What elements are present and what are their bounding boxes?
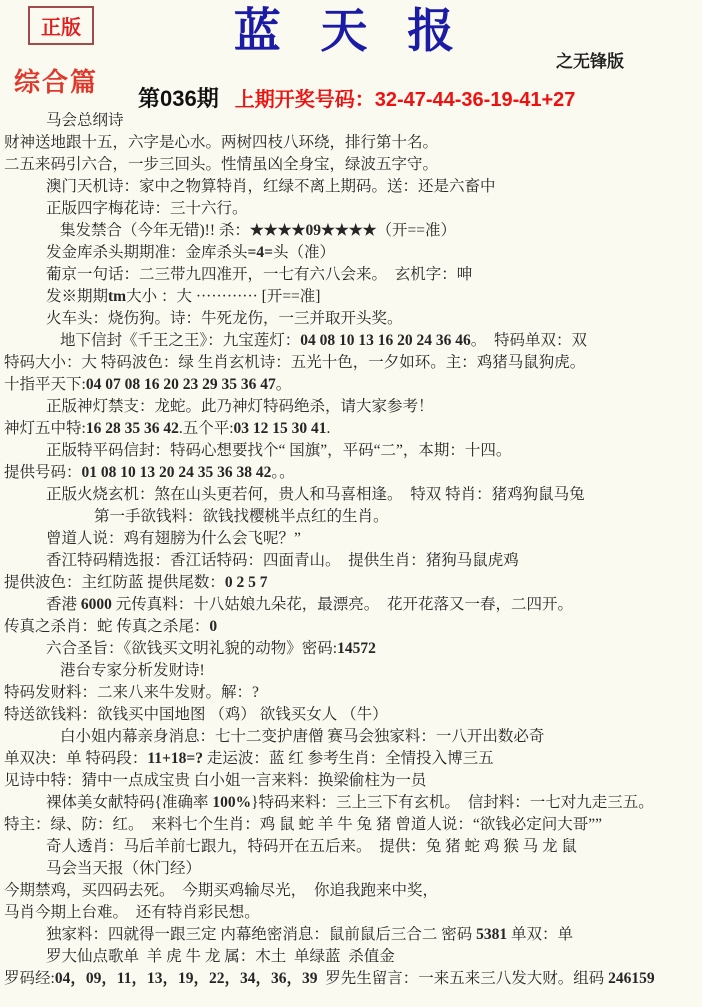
text-line: 罗码经:04，09，11，13，19，22，34，36，39 罗先生留言：一来五… [0, 968, 702, 990]
section-title: 综合篇 [14, 62, 98, 99]
text-line: 见诗中特：猜中一点成宝贵 白小姐一言来料：换梁偷柱为一员 [0, 770, 702, 792]
text-line: 地下信封《千王之王》：九宝莲灯：04 08 10 13 16 20 24 36 … [0, 330, 702, 352]
text-line: 特主：绿、防：红。 来料七个生肖：鸡 鼠 蛇 羊 牛 兔 猪 曾道人说：“欲钱必… [0, 814, 702, 836]
text-line: 二五来码引六合，一步三回头。性情虽凶全身宝，绿波五字守。 [0, 154, 702, 176]
body-lines: 马会总纲诗财神送地跟十五，六字是心水。两树四枝八环绕，排行第十名。二五来码引六合… [0, 110, 702, 990]
text-line: 正版四字梅花诗：三十六行。 [0, 198, 702, 220]
text-line: 特码发财料：二来八来牛发财。解：? [0, 682, 702, 704]
text-line: 发金库杀头期期准：金库杀头=4=头（准） [0, 242, 702, 264]
text-line: 独家料：四就得一跟三定 内幕绝密消息：鼠前鼠后三合二 密码 5381 单双：单 [0, 924, 702, 946]
text-line: 马肖今期上台难。 还有特肖彩民想。 [0, 902, 702, 924]
text-line: 提供波色：主红防蓝 提供尾数：0 2 5 7 [0, 572, 702, 594]
text-line: 正版火烧玄机：煞在山头更若何，贵人和马喜相逢。 特双 特肖：猪鸡狗鼠马兔 [0, 484, 702, 506]
text-line: 财神送地跟十五，六字是心水。两树四枝八环绕，排行第十名。 [0, 132, 702, 154]
text-line: 发※期期tm大小 ：大 ············ [开==准] [0, 286, 702, 308]
text-line: 特送欲钱料：欲钱买中国地图 （鸡） 欲钱买女人 （牛） [0, 704, 702, 726]
issue-row: 第036期 上期开奖号码：32-47-44-36-19-41+27 [138, 82, 575, 113]
text-line: 第一手欲钱料：欲钱找樱桃半点红的生肖。 [0, 506, 702, 528]
text-line: 罗大仙点歌单 羊 虎 牛 龙 属：木土 单绿蓝 杀值金 [0, 946, 702, 968]
text-line: 十指平天下:04 07 08 16 20 23 29 35 36 47。 [0, 374, 702, 396]
text-line: 六合圣旨：《欲钱买文明礼貌的动物》密码:14572 [0, 638, 702, 660]
text-line: 奇人透肖：马后羊前七跟九，特码开在五后来。 提供：兔 猪 蛇 鸡 猴 马 龙 鼠 [0, 836, 702, 858]
text-line: 火车头：烧伤狗。诗：牛死龙伤，一三并取开头奖。 [0, 308, 702, 330]
newspaper-page: 正版 蓝 天 报 之无锋版 综合篇 第036期 上期开奖号码：32-47-44-… [0, 0, 702, 1007]
text-line: 曾道人说：鸡有翅膀为什么会飞呢？” [0, 528, 702, 550]
issue-number: 第036期 [138, 82, 219, 113]
text-line: 单双决：单 特码段：11+18=? 走运波：蓝 红 参考生肖：全情投入博三五 [0, 748, 702, 770]
text-line: 传真之杀肖：蛇 传真之杀尾：0 [0, 616, 702, 638]
edition-label: 之无锋版 [556, 47, 624, 72]
last-draw-numbers: 上期开奖号码：32-47-44-36-19-41+27 [235, 83, 576, 112]
text-line: 集发禁合（今年无错)!! 杀：★★★★09★★★★（开==准） [0, 220, 702, 242]
text-line: 马会当天报（休门经） [0, 858, 702, 880]
text-line: 今期禁鸡，买四码去死。 今期买鸡输尽光， 你追我跑来中奖， [0, 880, 702, 902]
text-line: 马会总纲诗 [0, 110, 702, 132]
text-line: 提供号码：01 08 10 13 20 24 35 36 38 42。。 [0, 462, 702, 484]
text-line: 港台专家分析发财诗! [0, 660, 702, 682]
text-line: 裸体美女献特码{准确率 100%}特码来料：三上三下有玄机。 信封料：一七对九走… [0, 792, 702, 814]
text-line: 香江特码精选报：香江话特码：四面青山。 提供生肖：猪狗马鼠虎鸡 [0, 550, 702, 572]
text-line: 白小姐内幕亲身消息：七十二变护唐僧 赛马会独家料：一八开出数必奇 [0, 726, 702, 748]
text-line: 正版神灯禁支：龙蛇。此乃神灯特码绝杀，请大家参考！ [0, 396, 702, 418]
text-line: 特码大小：大 特码波色：绿 生肖玄机诗：五光十色，一夕如环。主：鸡猪马鼠狗虎。 [0, 352, 702, 374]
text-line: 葡京一句话：二三带九四准开，一七有六八会来。 玄机字：呻 [0, 264, 702, 286]
text-line: 澳门天机诗：家中之物算特肖，红绿不离上期码。送：还是六畜中 [0, 176, 702, 198]
text-line: 神灯五中特:16 28 35 36 42.五个平:03 12 15 30 41. [0, 418, 702, 440]
text-line: 香港 6000 元传真料：十八姑娘九朵花，最漂亮。 花开花落又一春，二四开。 [0, 594, 702, 616]
text-line: 正版特平码信封：特码心想要找个“ 国旗”，平码“二”，本期：十四。 [0, 440, 702, 462]
